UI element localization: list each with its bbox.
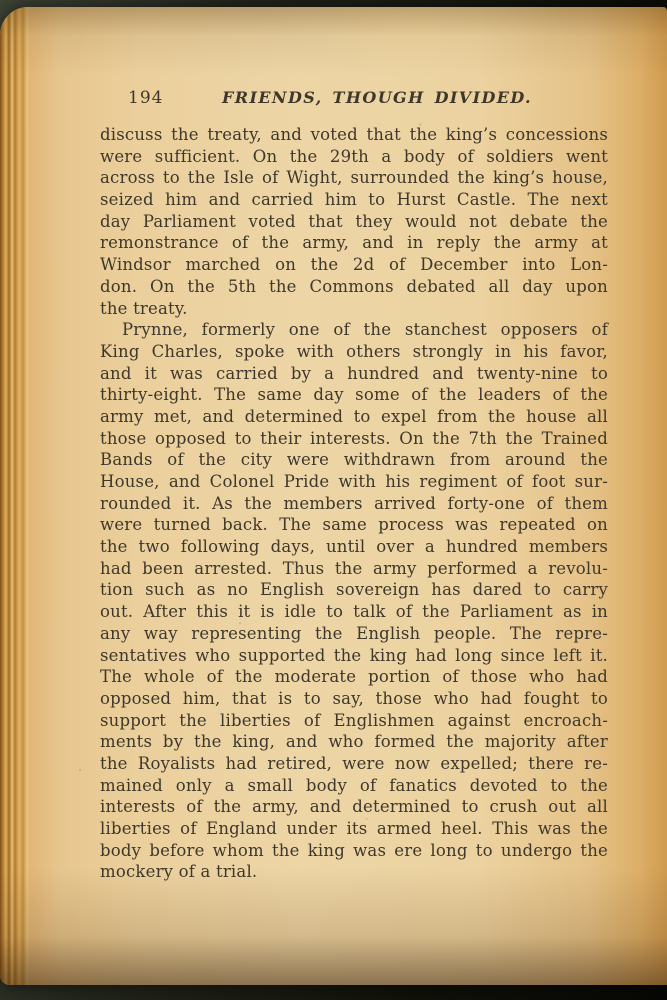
text-line: don. On the 5th the Commons debated all …	[100, 276, 608, 298]
text-line: army met, and determined to expel from t…	[100, 406, 608, 428]
page-text: discuss the treaty, and voted that the k…	[100, 124, 608, 883]
text-line: discuss the treaty, and voted that the k…	[100, 124, 608, 146]
text-line: had been arrested. Thus the army perform…	[100, 558, 608, 580]
text-line: mained only a small body of fanatics dev…	[100, 775, 608, 797]
text-line: support the liberties of Englishmen agai…	[100, 710, 608, 732]
text-line: those opposed to their interests. On the…	[100, 428, 608, 450]
page-stack-edge	[0, 7, 30, 985]
text-line: mockery of a trial.	[100, 861, 608, 883]
text-line: Bands of the city were withdrawn from ar…	[100, 449, 608, 471]
text-line: King Charles, spoke with others strongly…	[100, 341, 608, 363]
text-line: the treaty.	[100, 298, 608, 320]
text-line: sentatives who supported the king had lo…	[100, 645, 608, 667]
text-line: interests of the army, and determined to…	[100, 796, 608, 818]
text-line: Windsor marched on the 2d of December in…	[100, 254, 608, 276]
text-line: and it was carried by a hundred and twen…	[100, 363, 608, 385]
text-line: House, and Colonel Pride with his regime…	[100, 471, 608, 493]
text-line: the two following days, until over a hun…	[100, 536, 608, 558]
text-line: any way representing the English people.…	[100, 623, 608, 645]
book-page: 194 FRIENDS, THOUGH DIVIDED. discuss the…	[0, 7, 667, 985]
text-line: Prynne, formerly one of the stanchest op…	[100, 319, 608, 341]
text-line: day Parliament voted that they would not…	[100, 211, 608, 233]
chapter-header-title: FRIENDS, THOUGH DIVIDED.	[146, 88, 608, 107]
text-line: liberties of England under its armed hee…	[100, 818, 608, 840]
text-line: the Royalists had retired, were now expe…	[100, 753, 608, 775]
text-line: thirty-eight. The same day some of the l…	[100, 384, 608, 406]
text-line: The whole of the moderate portion of tho…	[100, 666, 608, 688]
text-line: out. After this it is idle to talk of th…	[100, 601, 608, 623]
text-line: were sufficient. On the 29th a body of s…	[100, 146, 608, 168]
text-line: tion such as no English sovereign has da…	[100, 579, 608, 601]
running-header: 194 FRIENDS, THOUGH DIVIDED.	[100, 88, 608, 112]
text-line: across to the Isle of Wight, surrounded …	[100, 167, 608, 189]
scanned-book-photo: { "page": { "number": "194", "header_tit…	[0, 0, 667, 1000]
text-column: 194 FRIENDS, THOUGH DIVIDED. discuss the…	[100, 7, 608, 985]
text-line: seized him and carried him to Hurst Cast…	[100, 189, 608, 211]
text-line: ments by the king, and who formed the ma…	[100, 731, 608, 753]
text-line: body before whom the king was ere long t…	[100, 840, 608, 862]
text-line: rounded it. As the members arrived forty…	[100, 493, 608, 515]
text-line: were turned back. The same process was r…	[100, 514, 608, 536]
text-line: opposed him, that is to say, those who h…	[100, 688, 608, 710]
text-line: remonstrance of the army, and in reply t…	[100, 232, 608, 254]
